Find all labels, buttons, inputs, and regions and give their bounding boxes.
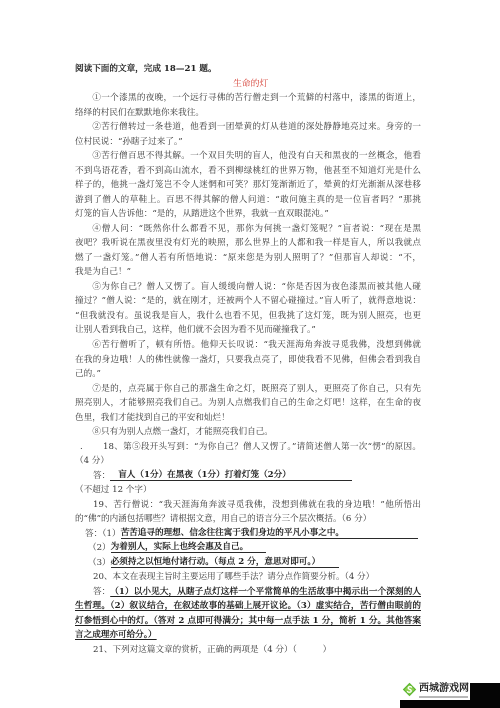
- paragraph-4-line: ④僧人问：“既然你什么都看不见，那你为何挑一盏灯笼呢？”盲者说：“现在是黑: [75, 222, 421, 237]
- question-20-prompt: 20、本文在表现主旨时主要运用了哪些手法？请分点作简要分析。（4 分）: [75, 570, 421, 585]
- watermark-subtitle-bar: [419, 696, 468, 698]
- answer-label: 答：: [93, 471, 110, 481]
- question-19-answer-2: （2）为着别人，实际上也终会惠及自己。: [75, 541, 421, 556]
- paragraph-1-line: ①一个漆黑的夜晚，一个远行寻佛的苦行僧走到一个荒僻的村落中，漆黑的街道上，: [75, 91, 421, 106]
- question-18-answer-text: 盲人（1分）在黑夜（1分）打着灯笼（2分）: [110, 470, 352, 481]
- paragraph-6-line: ⑥苦行僧听了，顿有所悟。他仰天长叹说：“我天涯海角奔波寻觅我佛，没想到佛就: [75, 338, 421, 353]
- question-18-note: （不超过 12 个字）: [75, 483, 421, 498]
- answer-number: （1）: [102, 529, 120, 539]
- watermark-site-name: 西城游戏网: [419, 682, 469, 695]
- answer-text: 为着别人，实际上也终会惠及自己。: [111, 542, 266, 553]
- answer-text: 苦苦追寻的理想、信念往往寓于我们身边的平凡小事之中。: [121, 528, 418, 539]
- question-20-answer-line: 生哲理。（2）叙议结合，在叙述故事的基础上展开议论。（3）虚实结合，苦行僧由眼前…: [75, 599, 421, 614]
- question-19-prompt-line: 19、苦行僧说：“我天涯海角奔波寻觅我佛，没想到佛就在我的身边哦！”他所悟出: [75, 498, 421, 513]
- question-18-answer: 答：盲人（1分）在黑夜（1分）打着灯笼（2分）: [75, 469, 421, 484]
- paragraph-6-line: 己的。”: [75, 367, 421, 382]
- paragraph-3-line: ③苦行僧百思不得其解。一个双目失明的盲人，他没有白天和黑夜的一丝概念，他看: [75, 149, 421, 164]
- paragraph-5-line: 撞过？”僧人说：“是的，就在刚才，还被两个人不留心碰撞过。”盲人听了，就得意地说…: [75, 294, 421, 309]
- answer-text: 必须持之以恒地付诸行动。（每点 2 分，意思对即可。）: [111, 557, 339, 568]
- paragraph-3-line: 样子的，他挑一盏灯笼岂不令人迷惘和可笑？那灯笼渐渐近了，晕黄的灯光渐渐从深巷移: [75, 178, 421, 193]
- question-18: . 18、第⑤段开头写到：“为你自己？僧人又愣了。”请简述僧人第一次“愣”的原因…: [75, 440, 421, 455]
- paragraph-2-line: 位村民说：“孙瞎子过来了。”: [75, 135, 421, 150]
- article-title: 生命的灯: [75, 77, 421, 92]
- answer-number: （2）: [88, 543, 111, 553]
- instruction: 阅读下面的文章，完成 18—21 题。: [75, 62, 421, 77]
- question-18-marker: .: [80, 440, 103, 455]
- paragraph-1-line: 络绎的村民们在默默地你来我往。: [75, 106, 421, 121]
- question-21-prompt: 21、下列对这篇文章的赏析，正确的两项是（4 分）（ ）: [75, 643, 421, 658]
- paragraph-5-line: “但我就没有。虽说我是盲人，我什么也看不见，但我挑了这灯笼，既为别人照亮，也更: [75, 309, 421, 324]
- question-18-prompt: 18、第⑤段开头写到：“为你自己？僧人又愣了。”请简述僧人第一次“愣”的原因。: [103, 440, 421, 455]
- answer-number: （3）: [88, 558, 111, 568]
- question-20-answer-line: 灯参悟到心中的灯。（答对 2 点即可得满分；其中每一点手法 1 分，简析 1 分…: [75, 614, 421, 629]
- question-19-answer-3: （3）必须持之以恒地付诸行动。（每点 2 分，意思对即可。）: [75, 556, 421, 571]
- paragraph-3-line: 不到鸟语花香，看不到高山流水，看不到柳绿桃红的世界万物，他甚至不知道灯光是什么: [75, 164, 421, 179]
- question-19-prompt-line: 的“佛”的内涵包括哪些？请根据文意，用自己的语言分三个层次概括。（6 分）: [75, 512, 421, 527]
- paragraph-8-line: ⑧只有为别人点燃一盏灯，才能照亮我们自己。: [75, 425, 421, 440]
- document-page: 阅读下面的文章，完成 18—21 题。 生命的灯 ①一个漆黑的夜晚，一个远行寻佛…: [75, 62, 421, 657]
- answer-text: （1）以小见大，从瞎子点灯这样一个平常简单的生活故事中揭示出一个深刻的人: [110, 585, 421, 600]
- question-20-answer-line: 言之成理亦可给分。）: [75, 628, 421, 643]
- paragraph-7-line: ⑦是的，点亮属于你自己的那盏生命之灯，既照亮了别人，更照亮了你自己，只有先: [75, 382, 421, 397]
- answer-label: 答：: [85, 529, 102, 539]
- answer-label: 答：: [93, 585, 110, 600]
- green-leaf-logo-icon: [402, 682, 417, 697]
- paragraph-4-line: 我是为自己！”: [75, 265, 421, 280]
- paragraph-5-line: 让别人看到我自己，这样，他们就不会因为看不见而碰撞我了。”: [75, 323, 421, 338]
- question-20-answer-line: 答： （1）以小见大，从瞎子点灯这样一个平常简单的生活故事中揭示出一个深刻的人: [75, 585, 421, 600]
- paragraph-5-line: ⑤为你自己？僧人又愣了。盲人缓缓向僧人说：“你是否因为夜色漆黑而被其他人碰: [75, 280, 421, 295]
- paragraph-7-line: 照亮别人，才能够照亮我们自己。为别人点燃我们自己的生命之灯吧！这样，在生命的夜: [75, 396, 421, 411]
- paragraph-6-line: 在我的身边哦！人的佛性就像一盏灯，只要我点亮了，即使我看不见佛，但佛会看到我自: [75, 353, 421, 368]
- paragraph-4-line: 燃了一盏灯笼。”僧人若有所悟地说：“原来您是为别人照明了？”但那盲人却说：“不，: [75, 251, 421, 266]
- paragraph-7-line: 色里，我们才能找到自己的平安和灿烂！: [75, 411, 421, 426]
- question-19-answer-1: 答：（1）苦苦追寻的理想、信念往往寓于我们身边的平凡小事之中。: [75, 527, 421, 542]
- paragraph-3-line: 游到了僧人的草鞋上。百思不得其解的僧人问道：“敢问施主真的是一位盲者吗？”那挑: [75, 193, 421, 208]
- paragraph-4-line: 夜吧？我听说在黑夜里没有灯光的映照，那么世界上的人都和我一样是盲人，所以我就点: [75, 236, 421, 251]
- paragraph-2-line: ②苦行僧转过一条巷道，他看到一团晕黄的灯从巷道的深处静静地亮过来。身旁的一: [75, 120, 421, 135]
- question-18-score: （4 分）: [75, 454, 421, 469]
- paragraph-3-line: 灯笼的盲人告诉他：“是的，从踏进这个世界，我就一直双眼混沌。”: [75, 207, 421, 222]
